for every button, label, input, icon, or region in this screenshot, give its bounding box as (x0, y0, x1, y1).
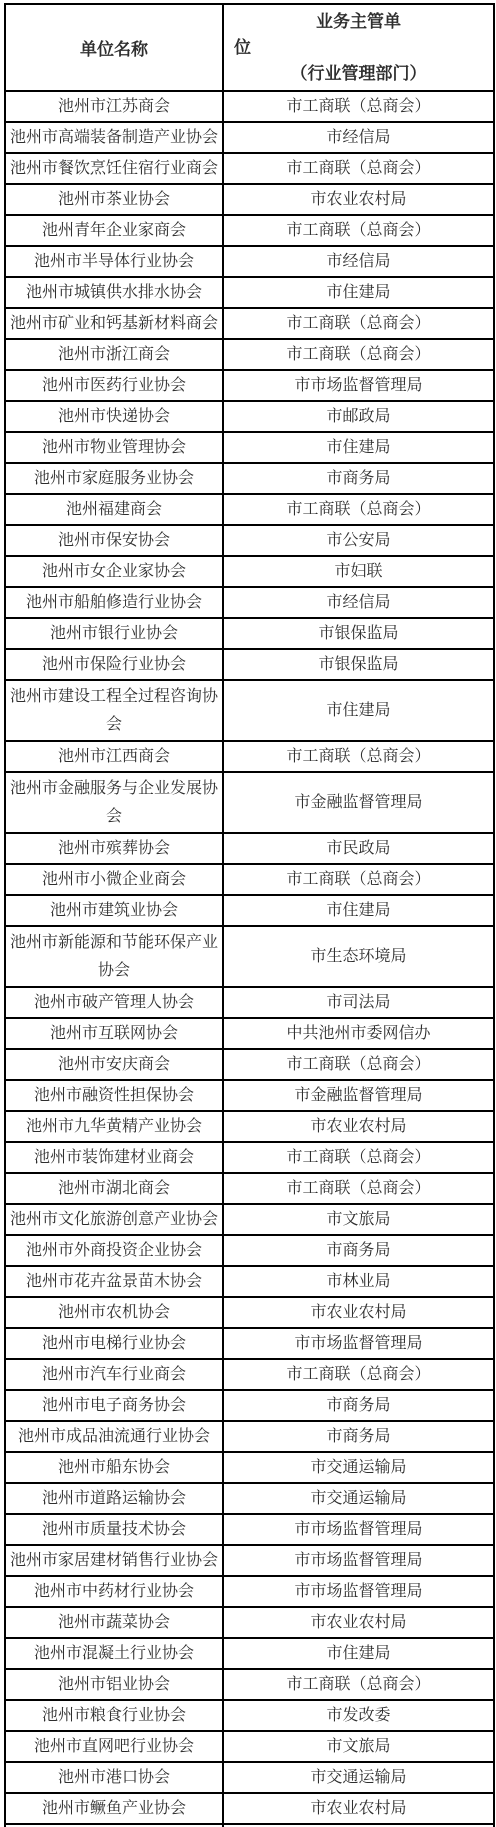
table-row: 池州市女企业家协会市妇联 (5, 556, 494, 587)
supervisor-cell: 市住建局 (223, 680, 494, 741)
supervisor-cell: 市妇联 (223, 556, 494, 587)
supervisor-cell: 市工商联（总商会） (223, 153, 494, 184)
supervisor-cell: 市农业农村局 (223, 184, 494, 215)
table-row: 池州市混凝土行业协会市住建局 (5, 1638, 494, 1669)
table-row: 池州市高端装备制造产业协会市经信局 (5, 122, 494, 153)
supervisor-cell: 市住建局 (223, 277, 494, 308)
unit-name-cell: 池州市汽车行业商会 (5, 1359, 223, 1390)
unit-name-cell: 池州市矿业和钙基新材料商会 (5, 308, 223, 339)
header-supervisor: 业务主管单 位 （行业管理部门） (223, 4, 494, 91)
header-row: 单位名称 业务主管单 位 （行业管理部门） (5, 4, 494, 91)
table-header: 单位名称 业务主管单 位 （行业管理部门） (5, 4, 494, 91)
table-row: 池州市小微企业商会市工商联（总商会） (5, 864, 494, 895)
table-row: 池州市外商投资企业协会市商务局 (5, 1235, 494, 1266)
unit-name-cell: 池州市铝业协会 (5, 1669, 223, 1700)
table-row: 池州市保安协会市公安局 (5, 525, 494, 556)
unit-name-cell: 池州市新能源和节能环保产业协会 (5, 926, 223, 987)
supervisor-cell: 市市场监督管理局 (223, 1576, 494, 1607)
supervisor-cell: 市市场监督管理局 (223, 370, 494, 401)
table-row: 池州市蔬菜协会市农业农村局 (5, 1607, 494, 1638)
unit-name-cell: 池州市中药材行业协会 (5, 1576, 223, 1607)
supervisor-cell: 市农业农村局 (223, 1111, 494, 1142)
supervisor-cell: 市司法局 (223, 987, 494, 1018)
unit-name-cell: 池州市物业管理协会 (5, 432, 223, 463)
supervisor-cell: 市工商联（总商会） (223, 494, 494, 525)
table-row: 池州市九华黄精产业协会市农业农村局 (5, 1111, 494, 1142)
table-row: 池州市浙江商会市工商联（总商会） (5, 339, 494, 370)
header-unit-name-label: 单位名称 (80, 40, 148, 59)
table-row: 池州市电子商务协会市商务局 (5, 1390, 494, 1421)
unit-name-cell: 池州市直网吧行业协会 (5, 1731, 223, 1762)
supervisor-cell: 市金融监督管理局 (223, 1080, 494, 1111)
supervisor-cell: 市经信局 (223, 122, 494, 153)
table-row: 池州市快递协会市邮政局 (5, 401, 494, 432)
table-row: 池州市互联网协会中共池州市委网信办 (5, 1018, 494, 1049)
table-row: 池州市银行业协会市银保监局 (5, 618, 494, 649)
table-row: 池州市船东协会市交通运输局 (5, 1452, 494, 1483)
supervisor-cell: 市住建局 (223, 1638, 494, 1669)
unit-name-cell: 池州市文化旅游创意产业协会 (5, 1204, 223, 1235)
supervisor-cell: 市市场监督管理局 (223, 1545, 494, 1576)
table-body: 池州市江苏商会市工商联（总商会）池州市高端装备制造产业协会市经信局池州市餐饮烹饪… (5, 91, 494, 1824)
table-row: 池州市建筑业协会市住建局 (5, 895, 494, 926)
association-table-container: 单位名称 业务主管单 位 （行业管理部门） 池州市江苏商会市工商联（总商会）池州… (0, 0, 496, 1827)
table-row: 池州市道路运输协会市交通运输局 (5, 1483, 494, 1514)
supervisor-cell: 市生态环境局 (223, 926, 494, 987)
unit-name-cell: 池州市鳜鱼产业协会 (5, 1793, 223, 1824)
table-row: 池州市质量技术协会市市场监督管理局 (5, 1514, 494, 1545)
unit-name-cell: 池州青年企业家商会 (5, 215, 223, 246)
table-row: 池州市新能源和节能环保产业协会市生态环境局 (5, 926, 494, 987)
unit-name-cell: 池州市江西商会 (5, 741, 223, 772)
unit-name-cell: 池州市快递协会 (5, 401, 223, 432)
table-row: 池州市矿业和钙基新材料商会市工商联（总商会） (5, 308, 494, 339)
unit-name-cell: 池州市电子商务协会 (5, 1390, 223, 1421)
supervisor-cell: 市林业局 (223, 1266, 494, 1297)
header-unit-name: 单位名称 (5, 4, 223, 91)
unit-name-cell: 池州市破产管理人协会 (5, 987, 223, 1018)
supervisor-cell: 市工商联（总商会） (223, 1049, 494, 1080)
table-row: 池州市中药材行业协会市市场监督管理局 (5, 1576, 494, 1607)
unit-name-cell: 池州市金融服务与企业发展协会 (5, 772, 223, 833)
table-row: 池州市铝业协会市工商联（总商会） (5, 1669, 494, 1700)
table-row: 池州福建商会市工商联（总商会） (5, 494, 494, 525)
unit-name-cell: 池州市浙江商会 (5, 339, 223, 370)
header-supervisor-line1: 业务主管单 (224, 9, 493, 35)
table-row: 池州市成品油流通行业协会市商务局 (5, 1421, 494, 1452)
table-row: 池州市安庆商会市工商联（总商会） (5, 1049, 494, 1080)
table-row: 池州市船舶修造行业协会市经信局 (5, 587, 494, 618)
supervisor-cell: 市文旅局 (223, 1731, 494, 1762)
header-supervisor-line3: （行业管理部门） (224, 61, 493, 87)
table-row: 池州市保险行业协会市银保监局 (5, 649, 494, 680)
table-row: 池州市电梯行业协会市市场监督管理局 (5, 1328, 494, 1359)
supervisor-cell: 市交通运输局 (223, 1452, 494, 1483)
supervisor-cell: 市工商联（总商会） (223, 91, 494, 122)
supervisor-cell: 市住建局 (223, 895, 494, 926)
table-row: 池州市融资性担保协会市金融监督管理局 (5, 1080, 494, 1111)
unit-name-cell: 池州市质量技术协会 (5, 1514, 223, 1545)
supervisor-cell: 市银保监局 (223, 649, 494, 680)
table-row: 池州市汽车行业商会市工商联（总商会） (5, 1359, 494, 1390)
unit-name-cell: 池州市茶业协会 (5, 184, 223, 215)
unit-name-cell: 池州市混凝土行业协会 (5, 1638, 223, 1669)
table-row: 池州市家居建材销售行业协会市市场监督管理局 (5, 1545, 494, 1576)
table-row: 池州市城镇供水排水协会市住建局 (5, 277, 494, 308)
unit-name-cell: 池州市安庆商会 (5, 1049, 223, 1080)
unit-name-cell: 池州市餐饮烹饪住宿行业商会 (5, 153, 223, 184)
table-row: 池州市破产管理人协会市司法局 (5, 987, 494, 1018)
supervisor-cell: 市工商联（总商会） (223, 1142, 494, 1173)
unit-name-cell: 池州市江苏商会 (5, 91, 223, 122)
supervisor-cell: 市农业农村局 (223, 1607, 494, 1638)
supervisor-cell: 市商务局 (223, 1235, 494, 1266)
supervisor-cell: 市银保监局 (223, 618, 494, 649)
unit-name-cell: 池州市港口协会 (5, 1762, 223, 1793)
table-row: 池州市建设工程全过程咨询协会市住建局 (5, 680, 494, 741)
supervisor-cell: 市工商联（总商会） (223, 741, 494, 772)
unit-name-cell: 池州市互联网协会 (5, 1018, 223, 1049)
unit-name-cell: 池州市建设工程全过程咨询协会 (5, 680, 223, 741)
table-row: 池州市江西商会市工商联（总商会） (5, 741, 494, 772)
supervisor-cell: 市工商联（总商会） (223, 864, 494, 895)
supervisor-cell: 市工商联（总商会） (223, 215, 494, 246)
table-row: 池州市港口协会市交通运输局 (5, 1762, 494, 1793)
table-row: 池州市粮食行业协会市发改委 (5, 1700, 494, 1731)
supervisor-cell: 市经信局 (223, 587, 494, 618)
unit-name-cell: 池州市融资性担保协会 (5, 1080, 223, 1111)
supervisor-cell: 市工商联（总商会） (223, 308, 494, 339)
table-row: 池州市文化旅游创意产业协会市文旅局 (5, 1204, 494, 1235)
unit-name-cell: 池州市粮食行业协会 (5, 1700, 223, 1731)
unit-name-cell: 池州市保险行业协会 (5, 649, 223, 680)
unit-name-cell: 池州市保安协会 (5, 525, 223, 556)
association-table: 单位名称 业务主管单 位 （行业管理部门） 池州市江苏商会市工商联（总商会）池州… (4, 3, 495, 1827)
table-row: 池州市医药行业协会市市场监督管理局 (5, 370, 494, 401)
supervisor-cell: 市农业农村局 (223, 1297, 494, 1328)
unit-name-cell: 池州市半导体行业协会 (5, 246, 223, 277)
unit-name-cell: 池州市家庭服务业协会 (5, 463, 223, 494)
unit-name-cell: 池州市九华黄精产业协会 (5, 1111, 223, 1142)
supervisor-cell: 市工商联（总商会） (223, 1359, 494, 1390)
supervisor-cell: 市农业农村局 (223, 1793, 494, 1824)
table-row: 池州青年企业家商会市工商联（总商会） (5, 215, 494, 246)
unit-name-cell: 池州市医药行业协会 (5, 370, 223, 401)
unit-name-cell: 池州市银行业协会 (5, 618, 223, 649)
supervisor-cell: 市市场监督管理局 (223, 1514, 494, 1545)
supervisor-cell: 市文旅局 (223, 1204, 494, 1235)
unit-name-cell: 池州市船舶修造行业协会 (5, 587, 223, 618)
supervisor-cell: 市金融监督管理局 (223, 772, 494, 833)
table-row: 池州市餐饮烹饪住宿行业商会市工商联（总商会） (5, 153, 494, 184)
table-row: 池州市湖北商会市工商联（总商会） (5, 1173, 494, 1204)
table-row: 池州市江苏商会市工商联（总商会） (5, 91, 494, 122)
supervisor-cell: 市民政局 (223, 833, 494, 864)
supervisor-cell: 市交通运输局 (223, 1762, 494, 1793)
unit-name-cell: 池州市船东协会 (5, 1452, 223, 1483)
table-row: 池州市金融服务与企业发展协会市金融监督管理局 (5, 772, 494, 833)
unit-name-cell: 池州市电梯行业协会 (5, 1328, 223, 1359)
supervisor-cell: 市交通运输局 (223, 1483, 494, 1514)
unit-name-cell: 池州市成品油流通行业协会 (5, 1421, 223, 1452)
unit-name-cell: 池州市女企业家协会 (5, 556, 223, 587)
unit-name-cell: 池州市小微企业商会 (5, 864, 223, 895)
supervisor-cell: 市工商联（总商会） (223, 1173, 494, 1204)
unit-name-cell: 池州市蔬菜协会 (5, 1607, 223, 1638)
header-supervisor-line2: 位 (224, 35, 493, 61)
supervisor-cell: 市商务局 (223, 1390, 494, 1421)
unit-name-cell: 池州市家居建材销售行业协会 (5, 1545, 223, 1576)
supervisor-cell: 中共池州市委网信办 (223, 1018, 494, 1049)
table-row: 池州市装饰建材业商会市工商联（总商会） (5, 1142, 494, 1173)
unit-name-cell: 池州市建筑业协会 (5, 895, 223, 926)
supervisor-cell: 市经信局 (223, 246, 494, 277)
unit-name-cell: 池州市道路运输协会 (5, 1483, 223, 1514)
supervisor-cell: 市市场监督管理局 (223, 1328, 494, 1359)
table-row: 池州市家庭服务业协会市商务局 (5, 463, 494, 494)
unit-name-cell: 池州福建商会 (5, 494, 223, 525)
table-row: 池州市物业管理协会市住建局 (5, 432, 494, 463)
table-row: 池州市鳜鱼产业协会市农业农村局 (5, 1793, 494, 1824)
table-row: 池州市茶业协会市农业农村局 (5, 184, 494, 215)
table-row: 池州市农机协会市农业农村局 (5, 1297, 494, 1328)
table-row: 池州市殡葬协会市民政局 (5, 833, 494, 864)
unit-name-cell: 池州市装饰建材业商会 (5, 1142, 223, 1173)
supervisor-cell: 市工商联（总商会） (223, 339, 494, 370)
unit-name-cell: 池州市外商投资企业协会 (5, 1235, 223, 1266)
table-row: 池州市半导体行业协会市经信局 (5, 246, 494, 277)
unit-name-cell: 池州市湖北商会 (5, 1173, 223, 1204)
supervisor-cell: 市公安局 (223, 525, 494, 556)
unit-name-cell: 池州市殡葬协会 (5, 833, 223, 864)
unit-name-cell: 池州市城镇供水排水协会 (5, 277, 223, 308)
supervisor-cell: 市邮政局 (223, 401, 494, 432)
supervisor-cell: 市商务局 (223, 1421, 494, 1452)
supervisor-cell: 市发改委 (223, 1700, 494, 1731)
supervisor-cell: 市工商联（总商会） (223, 1669, 494, 1700)
table-row: 池州市直网吧行业协会市文旅局 (5, 1731, 494, 1762)
supervisor-cell: 市住建局 (223, 432, 494, 463)
unit-name-cell: 池州市花卉盆景苗木协会 (5, 1266, 223, 1297)
table-row: 池州市花卉盆景苗木协会市林业局 (5, 1266, 494, 1297)
supervisor-cell: 市商务局 (223, 463, 494, 494)
unit-name-cell: 池州市高端装备制造产业协会 (5, 122, 223, 153)
unit-name-cell: 池州市农机协会 (5, 1297, 223, 1328)
